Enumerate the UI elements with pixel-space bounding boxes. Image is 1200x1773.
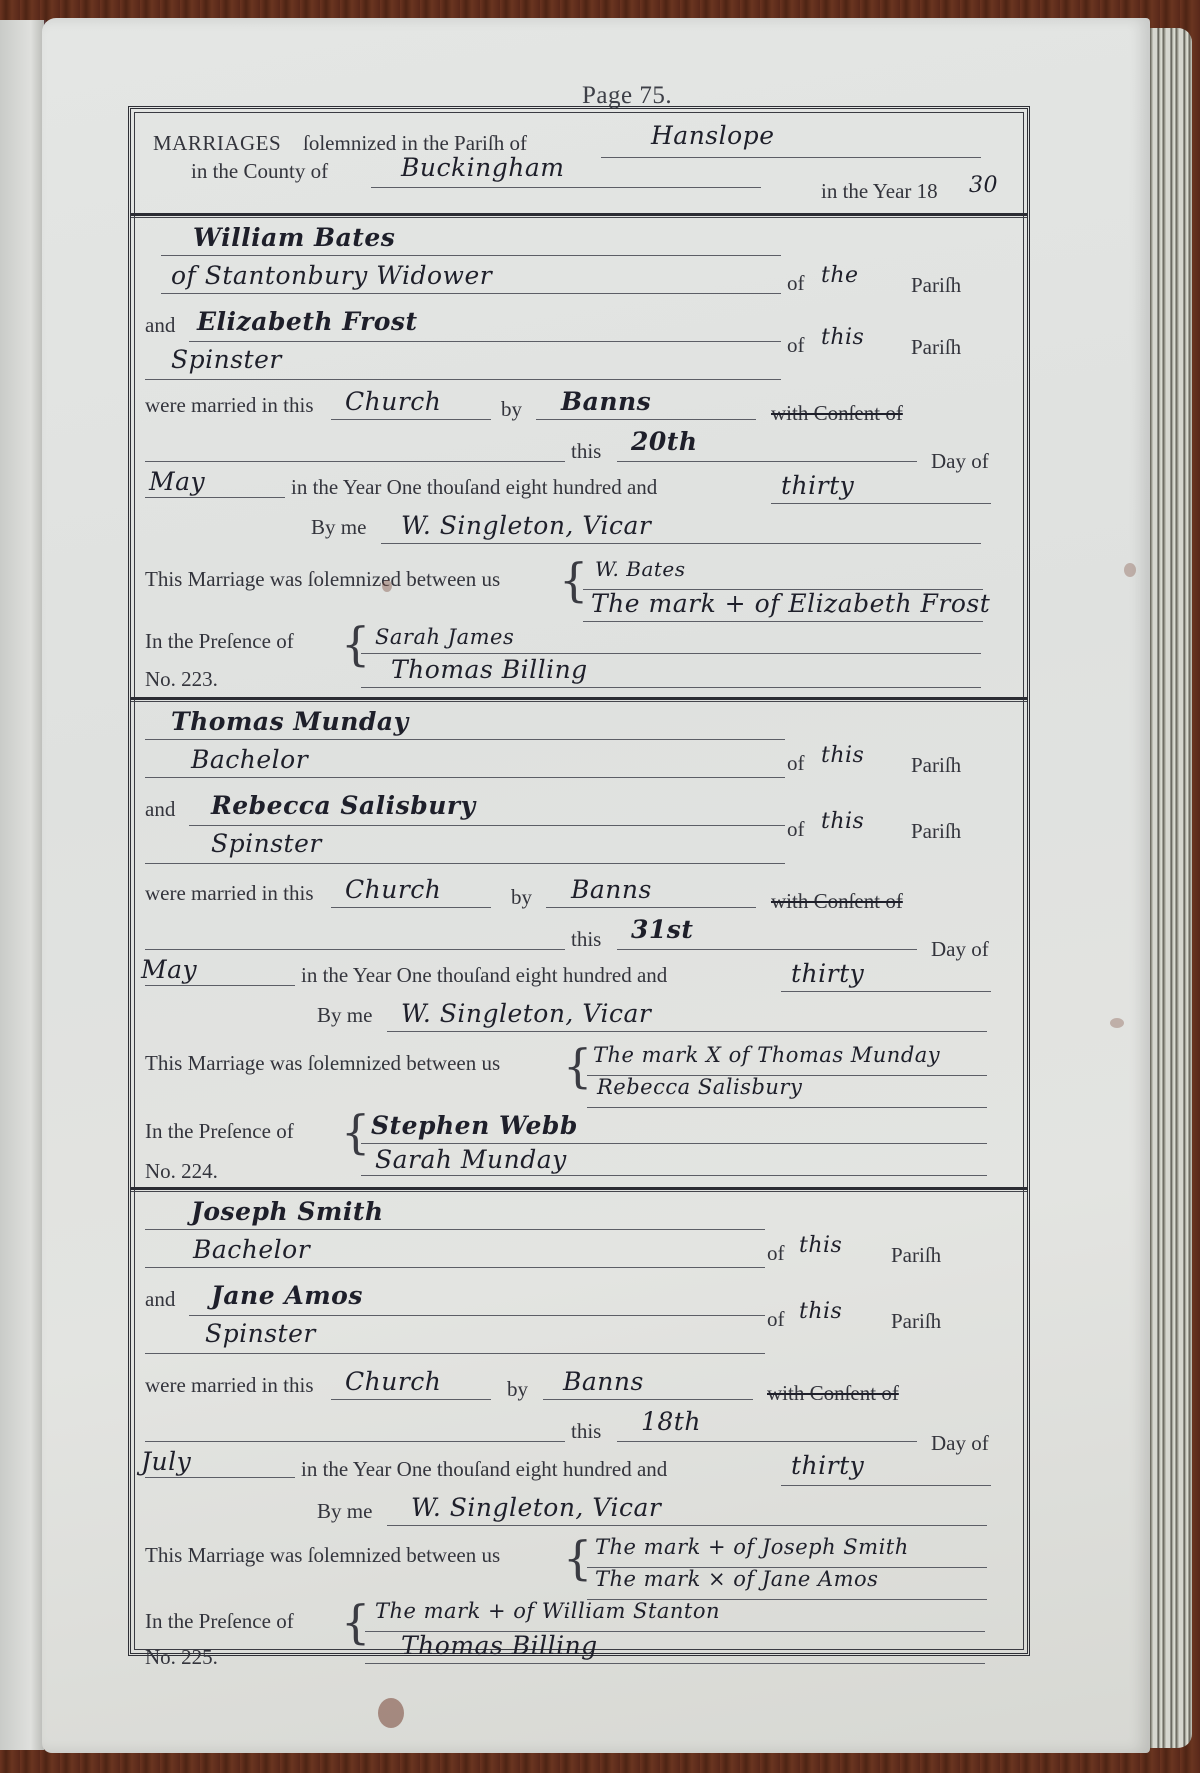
and-label: and [145,1287,175,1312]
left-facing-page [0,20,46,1750]
by-me-label: By me [317,1003,372,1028]
day: 20th [631,427,698,456]
parish-label: Pariſh [911,335,961,360]
rule-line [145,1353,765,1354]
parish-label: Pariſh [911,273,961,298]
day-of-label: Day of [931,1431,989,1456]
of-label: of [787,271,805,296]
rule-line [365,1663,985,1664]
rule-line [189,825,785,826]
entry-number: No. 223. [145,667,218,692]
by-label: by [507,1377,528,1402]
place: Church [345,1367,441,1396]
by-me-label: By me [311,515,366,540]
of-label: of [767,1307,785,1332]
month: July [141,1447,191,1476]
signature-bride: Rebecca Salisbury [597,1075,802,1099]
rule-line [189,341,781,342]
rule-line [587,1107,987,1108]
marriage-entry-225: Joseph Smith Bachelor of this Pariſh and… [131,1195,1027,1655]
solemnized-between-label: This Marriage was ſolemnized between us [145,1543,500,1568]
entry-number: No. 224. [145,1159,218,1184]
witness-2: Sarah Munday [375,1145,567,1174]
section-divider [131,213,1027,218]
officiant: W. Singleton, Vicar [411,1493,661,1522]
rule-line [331,907,491,908]
consent-label: with Conſent of [771,401,903,426]
rule-line [781,1485,991,1486]
by-me-label: By me [317,1499,372,1524]
parish-line [601,157,981,158]
bride-name: Rebecca Salisbury [211,791,476,820]
rule-line [145,777,785,778]
rule-line [361,653,981,654]
rule-line [189,1315,765,1316]
register-frame: MARRIAGES ſolemnized in the Pariſh of Ha… [128,106,1030,1656]
married-in-label: were married in this [145,881,314,906]
county-line [371,187,761,188]
ink-stain [1110,1018,1124,1028]
rule-line [361,687,981,688]
method: Banns [563,1367,644,1396]
this-label: this [571,439,601,464]
signature-bride: The mark × of Jane Amos [595,1567,878,1591]
groom-name: Joseph Smith [191,1197,384,1226]
brace: { [341,621,370,667]
and-label: and [145,313,175,338]
marriage-entry-223: William Bates of Stantonbury Widower of … [131,221,1027,691]
groom-name: Thomas Munday [171,707,409,736]
rule-line [781,991,991,992]
year-words: thirty [781,471,854,500]
rule-line [161,293,781,294]
ink-stain [1124,563,1136,577]
presence-label: In the Preſence of [145,1609,294,1634]
rule-line [331,1399,491,1400]
year-words: thirty [791,1451,864,1480]
married-in-label: were married in this [145,1373,314,1398]
rule-line [617,461,917,462]
this-label: this [571,927,601,952]
rule-line [617,1441,917,1442]
month: May [141,955,197,984]
signature-groom: W. Bates [595,557,686,581]
county-name: Buckingham [401,153,564,182]
of-label: of [787,751,805,776]
by-label: by [501,397,522,422]
rule-line [145,985,295,986]
consent-label: with Conſent of [771,889,903,914]
rule-line [161,255,781,256]
of-label: of [767,1241,785,1266]
witness-1: The mark + of William Stanton [375,1599,720,1623]
rule-line [536,419,756,420]
rule-line [387,1031,987,1032]
rule-line [583,621,983,622]
groom-name: William Bates [193,223,395,252]
parish-label: Pariſh [911,753,961,778]
bride-parish: this [799,1299,842,1324]
presence-label: In the Preſence of [145,629,294,654]
brace: { [559,557,588,603]
brace: { [563,1043,592,1089]
year-words: thirty [791,959,864,988]
signature-groom: The mark X of Thomas Munday [593,1043,940,1067]
day: 18th [641,1407,701,1436]
married-in-label: were married in this [145,393,314,418]
ink-stain [378,1698,404,1728]
marriage-entry-224: Thomas Munday Bachelor of this Pariſh an… [131,705,1027,1175]
bride-status: Spinster [205,1319,316,1348]
by-label: by [511,885,532,910]
method: Banns [571,875,652,904]
rule-line [145,497,285,498]
groom-detail: Bachelor [193,1235,310,1264]
rule-line [145,739,785,740]
rule-line [546,907,756,908]
place: Church [345,387,441,416]
parish-label: Pariſh [891,1309,941,1334]
rule-line [361,1175,987,1176]
rule-line [381,543,981,544]
groom-parish: the [821,263,859,288]
bride-parish: this [821,325,864,350]
brace: { [341,1109,370,1155]
year-words-label: in the Year One thouſand eight hundred a… [301,963,667,988]
year-suffix: 30 [969,173,998,198]
rule-line [617,949,917,950]
rule-line [145,949,565,950]
of-label: of [787,817,805,842]
rule-line [145,1229,765,1230]
parish-name: Hanslope [651,121,774,150]
witness-2: Thomas Billing [401,1631,598,1660]
brace: { [341,1599,370,1645]
bride-name: Elizabeth Frost [197,307,418,336]
county-label: in the County of [191,159,328,184]
this-label: this [571,1419,601,1444]
section-divider [131,1187,1027,1192]
rule-line [387,1525,987,1526]
signature-bride: The mark + of Elizabeth Frost [591,589,990,618]
presence-label: In the Preſence of [145,1119,294,1144]
parish-label: Pariſh [911,819,961,844]
brace: { [563,1535,592,1581]
rule-line [771,503,991,504]
day-of-label: Day of [931,449,989,474]
witness-2: Thomas Billing [391,655,588,684]
bride-status: Spinster [211,829,322,858]
rule-line [145,461,565,462]
rule-line [145,1267,765,1268]
bride-status: Spinster [171,345,282,374]
register-page: Page 75. MARRIAGES ſolemnized in the Par… [42,18,1150,1753]
groom-detail: Bachelor [191,745,308,774]
signature-groom: The mark + of Joseph Smith [595,1535,909,1559]
month: May [149,467,205,496]
rule-line [145,379,781,380]
solemnized-between-label: This Marriage was ſolemnized between us [145,567,500,592]
and-label: and [145,797,175,822]
rule-line [361,1143,987,1144]
of-label: of [787,333,805,358]
officiant: W. Singleton, Vicar [401,511,651,540]
day: 31st [631,915,693,944]
groom-detail: of Stantonbury Widower [171,261,492,290]
witness-1: Sarah James [375,625,514,649]
rule-line [331,419,491,420]
parish-label: Pariſh [891,1243,941,1268]
year-label: in the Year 18 [821,179,938,204]
rule-line [543,1399,753,1400]
witness-1: Stephen Webb [371,1111,578,1140]
section-divider [131,697,1027,702]
solemnized-between-label: This Marriage was ſolemnized between us [145,1051,500,1076]
bride-parish: this [821,809,864,834]
rule-line [145,1441,565,1442]
place: Church [345,875,441,904]
day-of-label: Day of [931,937,989,962]
ink-stain [382,580,392,592]
year-words-label: in the Year One thouſand eight hundred a… [291,475,657,500]
register-header: MARRIAGES ſolemnized in the Pariſh of Ha… [131,109,1027,209]
marriages-heading: MARRIAGES [153,131,281,156]
groom-parish: this [821,743,864,768]
consent-label: with Conſent of [767,1381,899,1406]
bride-name: Jane Amos [211,1281,363,1310]
rule-line [145,1477,295,1478]
year-words-label: in the Year One thouſand eight hundred a… [301,1457,667,1482]
method: Banns [561,387,651,416]
rule-line [145,863,785,864]
entry-number: No. 225. [145,1645,218,1670]
groom-parish: this [799,1233,842,1258]
officiant: W. Singleton, Vicar [401,999,651,1028]
